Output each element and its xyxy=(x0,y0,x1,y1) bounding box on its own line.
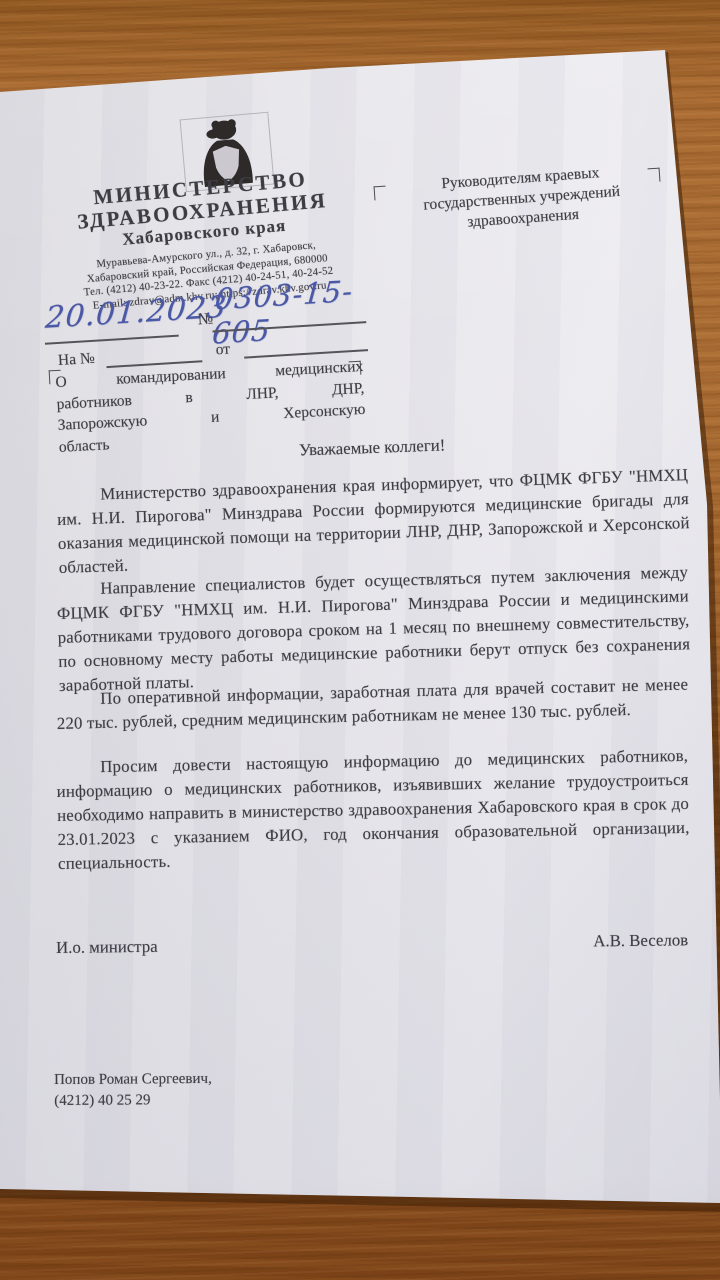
addressee-corner-bracket-left xyxy=(374,186,387,201)
addressee-corner-bracket-right xyxy=(648,168,661,183)
from-label: от xyxy=(215,341,230,360)
signer-name: А.В. Веселов xyxy=(593,930,688,951)
executor-phone: (4212) 40 25 29 xyxy=(54,1090,212,1112)
executor-contact: Попов Роман Сергеевич, (4212) 40 25 29 xyxy=(54,1069,212,1112)
number-sign: № xyxy=(197,310,213,329)
signer-title: И.о. министра xyxy=(56,937,158,958)
subject-corner-bracket-right xyxy=(349,361,362,376)
date-underline xyxy=(45,335,179,345)
body-paragraph: Просим довести настоящую информацию до м… xyxy=(56,744,690,876)
executor-name: Попов Роман Сергеевич, xyxy=(54,1069,212,1091)
photo-of-official-letter: МИНИСТЕРСТВО ЗДРАВООХРАНЕНИЯ Хабаровског… xyxy=(0,0,720,1280)
reply-to-label: На № xyxy=(58,350,96,370)
handwritten-number: 0303-15-605 xyxy=(211,271,404,351)
subject-corner-bracket-left xyxy=(49,370,62,385)
